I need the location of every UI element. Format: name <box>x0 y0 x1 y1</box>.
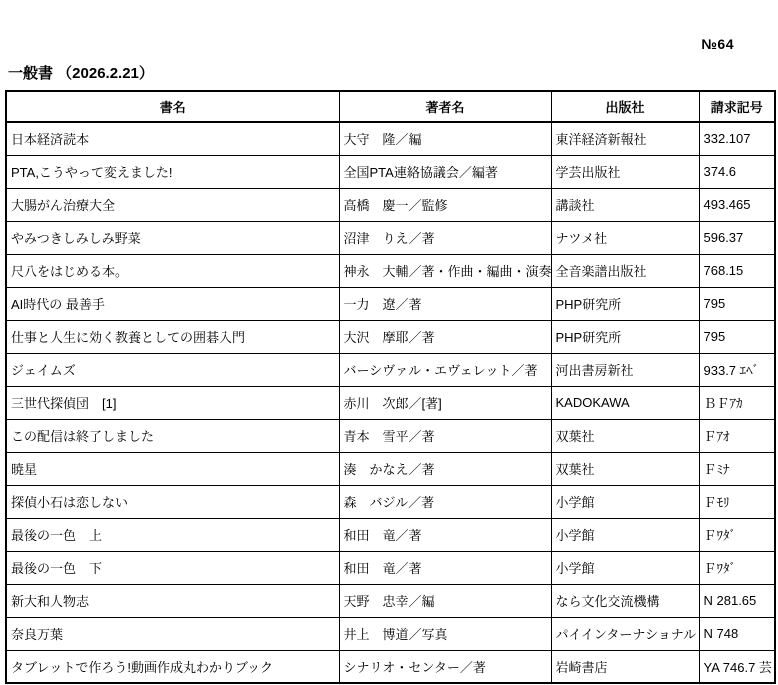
cell-author: 青本 雪平／著 <box>339 419 551 452</box>
cell-publisher: なら文化交流機構 <box>551 584 699 617</box>
header-row: 書名 著者名 出版社 請求記号 <box>6 91 775 122</box>
table-row: 暁星湊 かなえ／著双葉社Ｆﾐﾅ <box>6 452 775 485</box>
cell-title: 日本経済読本 <box>6 122 339 155</box>
cell-title: 奈良万葉 <box>6 617 339 650</box>
cell-publisher: 双葉社 <box>551 452 699 485</box>
cell-title: 暁星 <box>6 452 339 485</box>
table-row: 新大和人物志天野 忠幸／編なら文化交流機構N 281.65 <box>6 584 775 617</box>
cell-call-number: 795 <box>699 320 775 353</box>
cell-publisher: 小学館 <box>551 551 699 584</box>
table-row: やみつきしみしみ野菜沼津 りえ／著ナツメ社596.37 <box>6 221 775 254</box>
cell-publisher: 学芸出版社 <box>551 155 699 188</box>
table-row: AI時代の 最善手一力 遼／著PHP研究所795 <box>6 287 775 320</box>
cell-author: 天野 忠幸／編 <box>339 584 551 617</box>
cell-title: ジェイムズ <box>6 353 339 386</box>
cell-author: 湊 かなえ／著 <box>339 452 551 485</box>
cell-title: 探偵小石は恋しない <box>6 485 339 518</box>
table-row: 最後の一色 上和田 竜／著小学館Ｆﾜﾀﾞ <box>6 518 775 551</box>
cell-call-number: N 281.65 <box>699 584 775 617</box>
cell-publisher: 全音楽譜出版社 <box>551 254 699 287</box>
cell-title: 三世代探偵団 [1] <box>6 386 339 419</box>
cell-publisher: 小学館 <box>551 485 699 518</box>
book-table-body: 日本経済読本大守 隆／編東洋経済新報社332.107PTA,こうやって変えました… <box>6 122 775 683</box>
page: { "page": { "number_label": "№64", "titl… <box>0 0 778 685</box>
cell-author: 高橋 慶一／監修 <box>339 188 551 221</box>
cell-title: 仕事と人生に効く教養としての囲碁入門 <box>6 320 339 353</box>
cell-title: 大腸がん治療大全 <box>6 188 339 221</box>
cell-call-number: Ｆﾜﾀﾞ <box>699 518 775 551</box>
cell-author: 大沢 摩耶／著 <box>339 320 551 353</box>
cell-call-number: 596.37 <box>699 221 775 254</box>
cell-title: 最後の一色 上 <box>6 518 339 551</box>
cell-title: タブレットで作ろう!動画作成丸わかりブック <box>6 650 339 683</box>
cell-call-number: 795 <box>699 287 775 320</box>
cell-call-number: Ｆﾜﾀﾞ <box>699 551 775 584</box>
cell-title: やみつきしみしみ野菜 <box>6 221 339 254</box>
table-row: 奈良万葉井上 博道／写真パイインターナショナルN 748 <box>6 617 775 650</box>
book-list-table: 書名 著者名 出版社 請求記号 日本経済読本大守 隆／編東洋経済新報社332.1… <box>5 90 776 684</box>
cell-author: 大守 隆／編 <box>339 122 551 155</box>
table-row: 大腸がん治療大全高橋 慶一／監修講談社493.465 <box>6 188 775 221</box>
cell-call-number: ＢＦｱｶ <box>699 386 775 419</box>
cell-author: バーシヴァル・エヴェレット／著 <box>339 353 551 386</box>
cell-publisher: PHP研究所 <box>551 320 699 353</box>
header-publisher: 出版社 <box>551 91 699 122</box>
cell-call-number: 332.107 <box>699 122 775 155</box>
table-row: 三世代探偵団 [1]赤川 次郎／[著]KADOKAWAＢＦｱｶ <box>6 386 775 419</box>
cell-publisher: KADOKAWA <box>551 386 699 419</box>
cell-title: 新大和人物志 <box>6 584 339 617</box>
cell-publisher: 双葉社 <box>551 419 699 452</box>
document-number: №64 <box>701 36 734 52</box>
cell-author: シナリオ・センター／著 <box>339 650 551 683</box>
cell-call-number: 768.15 <box>699 254 775 287</box>
table-row: ジェイムズバーシヴァル・エヴェレット／著河出書房新社933.7 ｴﾍﾞ <box>6 353 775 386</box>
table-row: 最後の一色 下和田 竜／著小学館Ｆﾜﾀﾞ <box>6 551 775 584</box>
cell-title: PTA,こうやって変えました! <box>6 155 339 188</box>
cell-call-number: Ｆﾐﾅ <box>699 452 775 485</box>
cell-title: この配信は終了しました <box>6 419 339 452</box>
cell-call-number: 493.465 <box>699 188 775 221</box>
cell-author: 森 バジル／著 <box>339 485 551 518</box>
cell-publisher: 講談社 <box>551 188 699 221</box>
cell-author: 一力 遼／著 <box>339 287 551 320</box>
header-author: 著者名 <box>339 91 551 122</box>
cell-title: 尺八をはじめる本。 <box>6 254 339 287</box>
cell-author: 和田 竜／著 <box>339 518 551 551</box>
cell-publisher: 河出書房新社 <box>551 353 699 386</box>
cell-author: 赤川 次郎／[著] <box>339 386 551 419</box>
table-row: 仕事と人生に効く教養としての囲碁入門大沢 摩耶／著PHP研究所795 <box>6 320 775 353</box>
cell-title: AI時代の 最善手 <box>6 287 339 320</box>
cell-call-number: Ｆﾓﾘ <box>699 485 775 518</box>
cell-title: 最後の一色 下 <box>6 551 339 584</box>
cell-publisher: 東洋経済新報社 <box>551 122 699 155</box>
cell-publisher: パイインターナショナル <box>551 617 699 650</box>
table-row: 日本経済読本大守 隆／編東洋経済新報社332.107 <box>6 122 775 155</box>
cell-call-number: 933.7 ｴﾍﾞ <box>699 353 775 386</box>
cell-call-number: N 748 <box>699 617 775 650</box>
cell-call-number: Ｆｱｵ <box>699 419 775 452</box>
header-call-number: 請求記号 <box>699 91 775 122</box>
cell-call-number: 374.6 <box>699 155 775 188</box>
table-row: この配信は終了しました青本 雪平／著双葉社Ｆｱｵ <box>6 419 775 452</box>
cell-author: 全国PTA連絡協議会／編著 <box>339 155 551 188</box>
table-row: 探偵小石は恋しない森 バジル／著小学館Ｆﾓﾘ <box>6 485 775 518</box>
cell-publisher: PHP研究所 <box>551 287 699 320</box>
table-row: タブレットで作ろう!動画作成丸わかりブックシナリオ・センター／著岩崎書店YA 7… <box>6 650 775 683</box>
cell-author: 神永 大輔／著・作曲・編曲・演奏 <box>339 254 551 287</box>
header-title: 書名 <box>6 91 339 122</box>
cell-author: 沼津 りえ／著 <box>339 221 551 254</box>
page-title: 一般書 （2026.2.21） <box>8 62 154 83</box>
cell-author: 井上 博道／写真 <box>339 617 551 650</box>
cell-publisher: ナツメ社 <box>551 221 699 254</box>
cell-call-number: YA 746.7 芸 <box>699 650 775 683</box>
table-header: 書名 著者名 出版社 請求記号 <box>6 91 775 122</box>
cell-author: 和田 竜／著 <box>339 551 551 584</box>
table-row: PTA,こうやって変えました!全国PTA連絡協議会／編著学芸出版社374.6 <box>6 155 775 188</box>
cell-publisher: 小学館 <box>551 518 699 551</box>
table-row: 尺八をはじめる本。神永 大輔／著・作曲・編曲・演奏全音楽譜出版社768.15 <box>6 254 775 287</box>
cell-publisher: 岩崎書店 <box>551 650 699 683</box>
